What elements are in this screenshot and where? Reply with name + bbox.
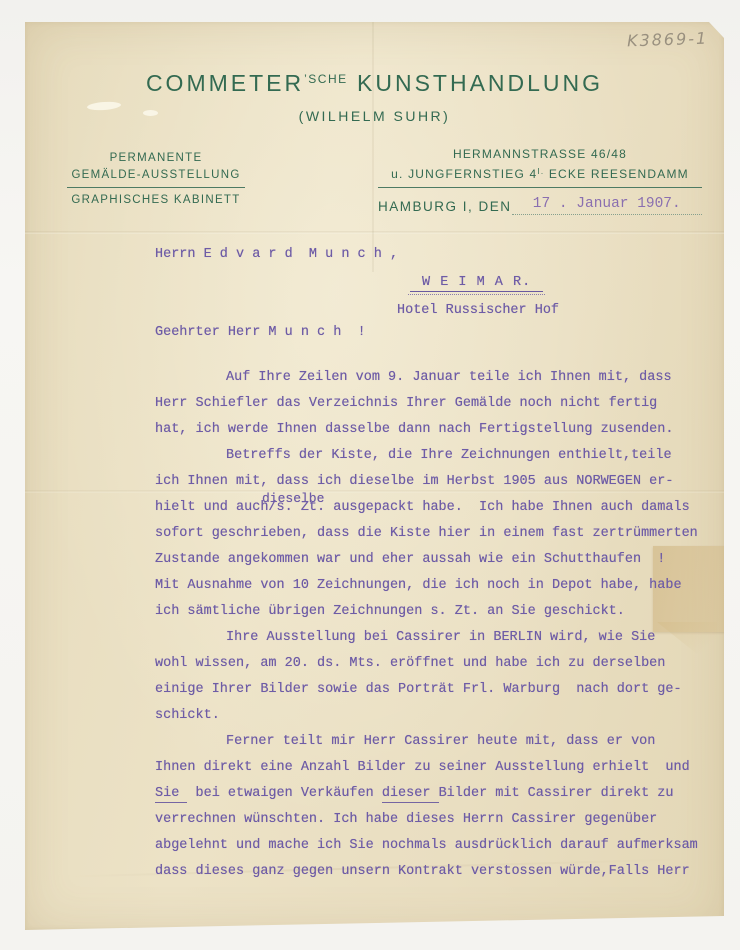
letterhead-right-rule — [378, 187, 702, 188]
letter-line: dass dieses ganz gegen unsern Kontrakt v… — [155, 859, 714, 885]
letterhead-subtitle: (WILHELM SUHR) — [25, 108, 724, 124]
line-text: ich sämtliche übrigen Zeichnungen s. Zt.… — [155, 604, 625, 619]
letterhead-title-superscript: ’SCHE — [304, 72, 348, 86]
line-text: Mit Ausnahme von 10 Zeichnungen, die ich… — [155, 578, 682, 593]
line-text: abgelehnt und mache ich Sie nochmals aus… — [155, 838, 698, 853]
letterhead-permanent-label: PERMANENTE — [67, 150, 245, 167]
line-text: hielt und auch/s. Zt. ausgepackt habe. I… — [155, 500, 690, 515]
recipient-block: Herrn E d v a r d M u n c h , W E I M A … — [155, 247, 710, 351]
line-text: verrechnen wünschten. Ich habe dieses He… — [155, 812, 657, 827]
underlined-word: dieser — [382, 786, 439, 803]
letter-line: Ihre Ausstellung bei Cassirer in BERLIN … — [155, 625, 714, 651]
paper-crease — [25, 231, 724, 234]
underlined-word: Sie — [155, 786, 187, 803]
line-text: einige Ihrer Bilder sowie das Porträt Fr… — [155, 682, 682, 697]
letterhead-right-block: HERMANNSTRASSE 46/48 u. JUNGFERNSTIEG 4I… — [378, 146, 702, 215]
line-text: bei etwaigen Verkäufen — [187, 786, 381, 801]
recipient-hotel: Hotel Russischer Hof — [397, 303, 559, 318]
date-fill-line: 17 . Januar 1907. — [512, 195, 702, 215]
letter-line: Mit Ausnahme von 10 Zeichnungen, die ich… — [155, 573, 714, 599]
line-text: Bilder mit Cassirer direkt zu — [439, 786, 674, 801]
place-label: HAMBURG I, DEN — [378, 198, 512, 215]
paper-crease — [372, 22, 374, 272]
letter-line: Sie bei etwaigen Verkäufen dieser Bilder… — [155, 781, 714, 807]
line-text: Ihre Ausstellung bei Cassirer in BERLIN … — [226, 630, 655, 645]
line-text: dass dieses ganz gegen unsern Kontrakt v… — [155, 864, 690, 879]
recipient-city: W E I M A R. — [410, 275, 543, 292]
letter-line: wohl wissen, am 20. ds. Mts. eröffnet un… — [155, 651, 714, 677]
line-text: Herr Schiefler das Verzeichnis Ihrer Gem… — [155, 396, 657, 411]
letterhead-title: COMMETER’SCHE KUNSTHANDLUNG — [25, 70, 724, 97]
line-text: sofort geschrieben, dass die Kiste hier … — [155, 526, 698, 541]
line-text: ich Ihnen mit, dass ich dieselbe im Herb… — [155, 474, 673, 489]
letter-line: ich sämtliche übrigen Zeichnungen s. Zt.… — [155, 599, 714, 625]
archive-annotation: K3869-1 — [627, 29, 709, 51]
line-text: dieselbe — [262, 491, 324, 506]
salutation: Geehrter Herr M u n c h ! — [155, 325, 366, 340]
letter-line: Betreffs der Kiste, die Ihre Zeichnungen… — [155, 443, 714, 469]
line-text: schickt. — [155, 708, 220, 723]
place-date-line: HAMBURG I, DEN 17 . Januar 1907. — [378, 195, 702, 215]
letterhead-gallery-label: GEMÄLDE-AUSSTELLUNG — [67, 167, 245, 184]
typed-date: 17 . Januar 1907. — [533, 196, 681, 212]
line-text: Ihnen direkt eine Anzahl Bilder zu seine… — [155, 760, 690, 775]
letter-line: abgelehnt und mache ich Sie nochmals aus… — [155, 833, 714, 859]
letterhead-street-address: HERMANNSTRASSE 46/48 — [378, 146, 702, 163]
letter-line: ich Ihnen mit, dass ich dieselbe im Herb… — [155, 469, 714, 495]
letter-body: Auf Ihre Zeilen vom 9. Januar teile ich … — [155, 365, 714, 885]
letter-line: Ferner teilt mir Herr Cassirer heute mit… — [155, 729, 714, 755]
letter-line: schickt. — [155, 703, 714, 729]
letter-paper: K3869-1 COMMETER’SCHE KUNSTHANDLUNG (WIL… — [25, 22, 724, 930]
line-text: Auf Ihre Zeilen vom 9. Januar teile ich … — [226, 370, 672, 385]
line-text: Betreffs der Kiste, die Ihre Zeichnungen… — [226, 448, 672, 463]
line-text: wohl wissen, am 20. ds. Mts. eröffnet un… — [155, 656, 665, 671]
letterhead-street-address-2: u. JUNGFERNSTIEG 4I. ECKE REESENDAMM — [378, 163, 702, 183]
letter-line: Zustande angekommen war und eher aussah … — [155, 547, 714, 573]
recipient-name: Herrn E d v a r d M u n c h , — [155, 247, 398, 262]
letterhead-left-rule — [67, 187, 245, 188]
letter-line: einige Ihrer Bilder sowie das Porträt Fr… — [155, 677, 714, 703]
line-text: Zustande angekommen war und eher aussah … — [155, 552, 665, 567]
letterhead-left-block: PERMANENTE GEMÄLDE-AUSSTELLUNG GRAPHISCH… — [67, 150, 245, 209]
letter-line: Herr Schiefler das Verzeichnis Ihrer Gem… — [155, 391, 714, 417]
line-text: hat, ich werde Ihnen dasselbe dann nach … — [155, 422, 673, 437]
letter-line: sofort geschrieben, dass die Kiste hier … — [155, 521, 714, 547]
letter-line: hat, ich werde Ihnen dasselbe dann nach … — [155, 417, 714, 443]
letterhead-cabinet-label: GRAPHISCHES KABINETT — [67, 192, 245, 209]
letter-line: hielt und auch/s. Zt. ausgepackt habe. I… — [155, 495, 714, 521]
letter-line: Auf Ihre Zeilen vom 9. Januar teile ich … — [155, 365, 714, 391]
letter-line: verrechnen wünschten. Ich habe dieses He… — [155, 807, 714, 833]
letterhead-title-rest: KUNSTHANDLUNG — [348, 70, 603, 96]
letter-line: Ihnen direkt eine Anzahl Bilder zu seine… — [155, 755, 714, 781]
letterhead-title-main: COMMETER — [146, 70, 304, 96]
line-text: Ferner teilt mir Herr Cassirer heute mit… — [226, 734, 655, 749]
